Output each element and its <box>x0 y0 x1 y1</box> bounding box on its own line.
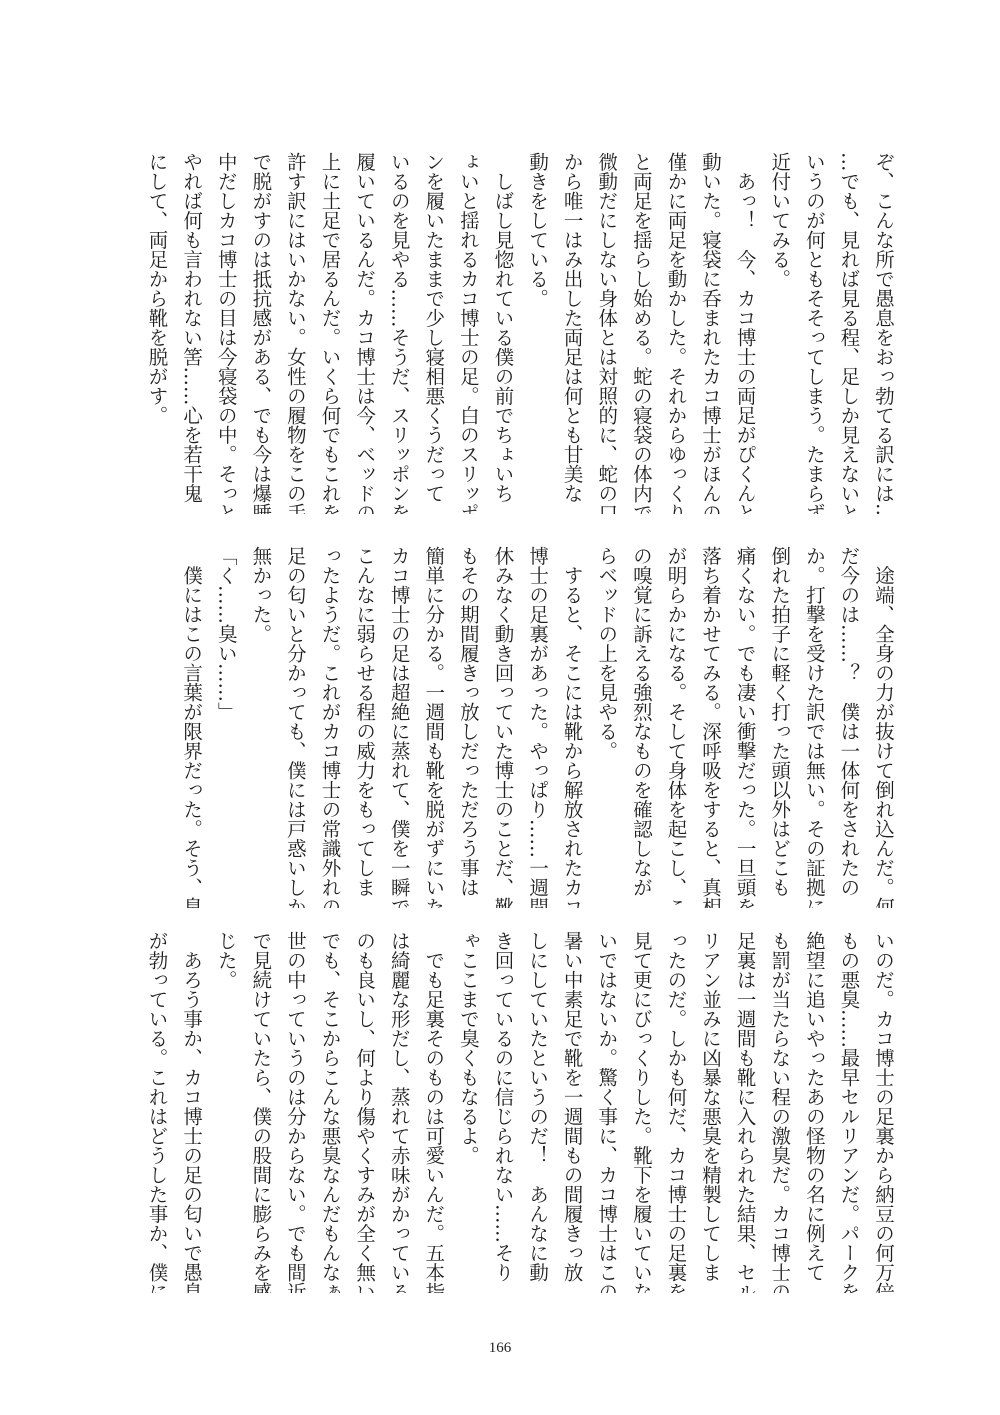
text-line: だ今のは……？ 僕は一体何をされたの <box>831 546 866 908</box>
text-line: 倒れた拍子に軽く打った頭以外はどこも <box>762 546 797 908</box>
text-line: いうのが何ともそそってしまう。たまらず <box>796 152 831 514</box>
text-line: ぞ、こんな所で愚息をおっ勃てる訳には… <box>865 152 900 514</box>
text-line: で見続けていたら、僕の股間に膨らみを感 <box>243 931 278 1293</box>
text-line: 僅かに両足を動かした。それからゆっくり <box>658 152 693 514</box>
text-line: 近付いてみる。 <box>762 152 797 514</box>
text-line: しばし見惚れている僕の前でちょいち <box>485 152 520 514</box>
text-line: 上に土足で居るんだ。いくら何でもこれを <box>312 152 347 514</box>
text-line: 動きをしている。 <box>519 152 554 514</box>
page-number: 166 <box>0 1340 1000 1357</box>
text-line: 絶望に追いやったあの怪物の名に例えて <box>796 931 831 1293</box>
text-line: いではないか。驚く事に、カコ博士はこの <box>589 931 624 1293</box>
text-line: こんなに弱らせる程の威力をもってしま <box>347 546 382 908</box>
text-line: 許す訳にはいかない。女性の履物をこの手 <box>277 152 312 514</box>
text-line: いのだ。カコ博士の足裏から納豆の何万倍 <box>865 931 900 1293</box>
text-line: と両足を揺らし始める。蛇の寝袋の体内で <box>623 152 658 514</box>
text-line: き回っているのに信じられない……そり <box>485 931 520 1293</box>
text-line: のも良いし、何より傷やくすみが全く無い。 <box>347 931 382 1293</box>
text-tier-middle: 途端、全身の力が抜けて倒れ込んだ。何 だ今のは……？ 僕は一体何をされたの か。… <box>140 546 900 908</box>
text-line: 暑い中素足で靴を一週間もの間履きっ放 <box>554 931 589 1293</box>
text-line: でも、そこからこんな悪臭なんだもんなぁ。 <box>312 931 347 1293</box>
text-line: 見て更にびっくりした。靴下を履いていな <box>623 931 658 1293</box>
text-line: ゃここまで臭くもなるよ。 <box>450 931 485 1293</box>
text-line: 途端、全身の力が抜けて倒れ込んだ。何 <box>865 546 900 908</box>
text-line: で脱がすのは抵抗感がある、でも今は爆睡 <box>243 152 278 514</box>
text-line: もの悪臭……最早セルリアンだ。パークを <box>831 931 866 1293</box>
text-line: にして、両足から靴を脱がす。 <box>140 152 174 514</box>
text-line: すると、そこには靴から解放されたカコ <box>554 546 589 908</box>
text-line: から唯一はみ出した両足は何とも甘美な <box>554 152 589 514</box>
text-tier-top: ぞ、こんな所で愚息をおっ勃てる訳には… …でも、見れば見る程、足しか見えないと … <box>140 152 900 514</box>
text-line: ょいと揺れるカコ博士の足。白のスリッポ <box>450 152 485 514</box>
text-line: やれば何も言われない筈……心を若干鬼 <box>174 152 209 514</box>
text-line: 世の中っていうのは分からない。でも間近 <box>277 931 312 1293</box>
text-line: ンを履いたままで少し寝相悪くうだって <box>416 152 451 514</box>
text-line: じた。 <box>208 931 243 1293</box>
text-line: 無かった。 <box>243 546 278 908</box>
text-line: しにしていたというのだ！ あんなに動 <box>519 931 554 1293</box>
text-line: 休みなく動き回っていた博士のことだ、靴 <box>485 546 520 908</box>
dialogue-line: 「く……臭い……」 <box>208 546 243 908</box>
text-tier-bottom: いのだ。カコ博士の足裏から納豆の何万倍 もの悪臭……最早セルリアンだ。パークを … <box>140 931 900 1293</box>
text-line: 落ち着かせてみる。深呼吸をすると、真相 <box>692 546 727 908</box>
text-line: は綺麗な形だし、蒸れて赤味がかっている <box>381 931 416 1293</box>
text-line: 微動だにしない身体とは対照的に、蛇の口 <box>589 152 624 514</box>
text-line: あっ！ 今、カコ博士の両足がぴくんと <box>727 152 762 514</box>
text-line: リアン並みに凶暴な悪臭を精製してしま <box>692 931 727 1293</box>
text-line: 博士の足裏があった。やっぱり……一週間 <box>519 546 554 908</box>
text-line: ったようだ。これがカコ博士の常識外れの <box>312 546 347 908</box>
text-line: 動いた。寝袋に呑まれたカコ博士がほんの <box>692 152 727 514</box>
text-line: カコ博士の足は超絶に蒸れて、僕を一瞬で <box>381 546 416 908</box>
text-line: もその期間履きっ放しだっただろう事は <box>450 546 485 908</box>
text-line: ったのだ。しかも何だ、カコ博士の足裏を <box>658 931 693 1293</box>
text-line: 足の匂いと分かっても、僕には戸惑いしか <box>277 546 312 908</box>
text-line: も罰が当たらない程の激臭だ。カコ博士の <box>762 931 797 1293</box>
text-line: 簡単に分かる。一週間も靴を脱がずにいた <box>416 546 451 908</box>
text-line: 中だしカコ博士の目は今寝袋の中。そっと <box>208 152 243 514</box>
text-line: らベッドの上を見やる。 <box>589 546 624 908</box>
text-line: 履いているんだ。カコ博士は今、ベッドの <box>347 152 382 514</box>
text-line: …でも、見れば見る程、足しか見えないと <box>831 152 866 514</box>
text-line: が勃っている。これはどうした事か、僕に <box>140 931 174 1293</box>
text-line: 痛くない。でも凄い衝撃だった。一旦頭を <box>727 546 762 908</box>
text-line: か。打撃を受けた訳では無い。その証拠に、 <box>796 546 831 908</box>
text-line: の嗅覚に訴える強烈なものを確認しなが <box>623 546 658 908</box>
text-line: いるのを見やる……そうだ、スリッポンを <box>381 152 416 514</box>
text-line: 僕にはこの言葉が限界だった。そう、臭 <box>174 546 209 908</box>
text-line: が明らかになる。そして身体を起こし、こ <box>658 546 693 908</box>
text-line: あろう事か、カコ博士の足の匂いで愚息 <box>174 931 209 1293</box>
text-line: 足裏は一週間も靴に入れられた結果、セル <box>727 931 762 1293</box>
book-page: ぞ、こんな所で愚息をおっ勃てる訳には… …でも、見れば見る程、足しか見えないと … <box>0 0 1000 1415</box>
text-line: でも足裏そのものは可愛いんだ。五本指 <box>416 931 451 1293</box>
